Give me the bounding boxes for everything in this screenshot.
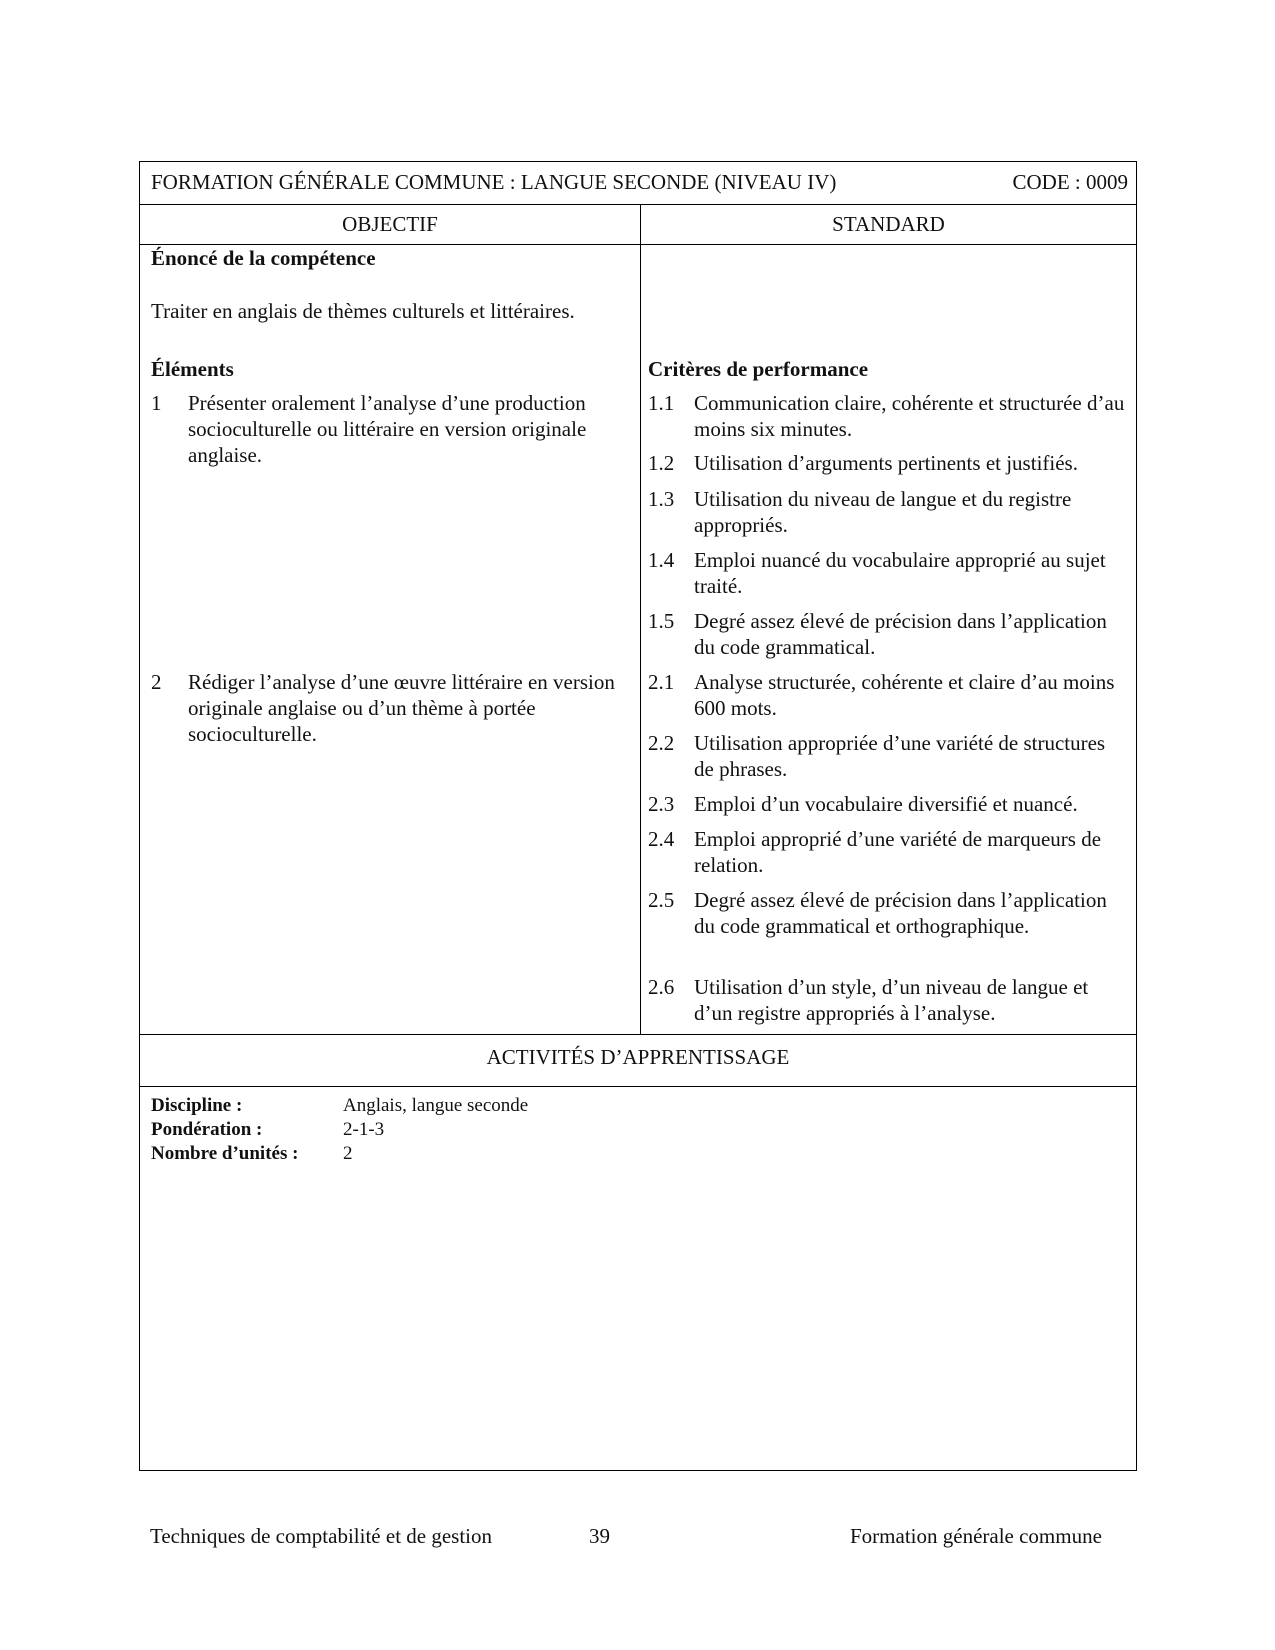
- ponderation-row: Pondération :2-1-3: [151, 1118, 384, 1142]
- element-text: Présenter oralement l’analyse d’une prod…: [188, 390, 631, 468]
- critere-text: Utilisation d’un style, d’un niveau de l…: [694, 974, 1128, 1026]
- critere-number: 2.4: [648, 826, 674, 852]
- critere-item: 1.4 Emploi nuancé du vocabulaire appropr…: [648, 547, 1128, 599]
- critere-text: Utilisation du niveau de langue et du re…: [694, 486, 1128, 538]
- critere-text: Emploi d’un vocabulaire diversifié et nu…: [694, 791, 1128, 817]
- critere-number: 2.2: [648, 730, 674, 756]
- column-header-row: OBJECTIF STANDARD: [140, 205, 1136, 245]
- critere-item: 1.1 Communication claire, cohérente et s…: [648, 390, 1128, 442]
- course-code: CODE : 0009: [1013, 170, 1129, 195]
- enonce-text: Traiter en anglais de thèmes culturels e…: [151, 298, 575, 324]
- activites-heading: ACTIVITÉS D’APPRENTISSAGE: [140, 1045, 1136, 1070]
- ponderation-label: Pondération :: [151, 1118, 343, 1142]
- critere-text: Degré assez élevé de précision dans l’ap…: [694, 608, 1128, 660]
- discipline-row: Discipline :Anglais, langue seconde: [151, 1094, 528, 1118]
- critere-text: Emploi nuancé du vocabulaire approprié a…: [694, 547, 1128, 599]
- critere-text: Degré assez élevé de précision dans l’ap…: [694, 887, 1128, 939]
- critere-item: 2.5 Degré assez élevé de précision dans …: [648, 887, 1128, 939]
- criteres-heading: Critères de performance: [648, 356, 868, 382]
- element-text: Rédiger l’analyse d’une œuvre littéraire…: [188, 669, 631, 747]
- divider: [140, 1086, 1136, 1087]
- critere-number: 1.2: [648, 450, 674, 476]
- critere-item: 1.3 Utilisation du niveau de langue et d…: [648, 486, 1128, 538]
- critere-number: 1.4: [648, 547, 674, 573]
- column-divider: [640, 204, 641, 1035]
- element-item: 1 Présenter oralement l’analyse d’une pr…: [151, 390, 631, 468]
- competency-table: FORMATION GÉNÉRALE COMMUNE : LANGUE SECO…: [139, 161, 1137, 1471]
- critere-number: 2.3: [648, 791, 674, 817]
- enonce-heading: Énoncé de la compétence: [151, 245, 376, 271]
- discipline-value: Anglais, langue seconde: [343, 1095, 528, 1116]
- critere-item: 1.2 Utilisation d’arguments pertinents e…: [648, 450, 1128, 476]
- footer-program: Techniques de comptabilité et de gestion: [150, 1524, 492, 1549]
- element-number: 1: [151, 390, 162, 416]
- elements-heading: Éléments: [151, 356, 234, 382]
- divider: [140, 1034, 1136, 1035]
- critere-number: 1.1: [648, 390, 674, 416]
- critere-text: Emploi approprié d’une variété de marque…: [694, 826, 1128, 878]
- critere-text: Communication claire, cohérente et struc…: [694, 390, 1128, 442]
- critere-number: 1.5: [648, 608, 674, 634]
- unites-label: Nombre d’unités :: [151, 1142, 343, 1166]
- column-header-standard: STANDARD: [640, 212, 1137, 237]
- critere-item: 2.6 Utilisation d’un style, d’un niveau …: [648, 974, 1128, 1026]
- critere-item: 2.2 Utilisation appropriée d’une variété…: [648, 730, 1128, 782]
- critere-item: 1.5 Degré assez élevé de précision dans …: [648, 608, 1128, 660]
- critere-number: 2.5: [648, 887, 674, 913]
- element-number: 2: [151, 669, 162, 695]
- critere-text: Analyse structurée, cohérente et claire …: [694, 669, 1128, 721]
- critere-number: 2.1: [648, 669, 674, 695]
- column-header-objectif: OBJECTIF: [140, 212, 640, 237]
- table-title: FORMATION GÉNÉRALE COMMUNE : LANGUE SECO…: [151, 170, 836, 195]
- ponderation-value: 2-1-3: [343, 1119, 384, 1140]
- element-item: 2 Rédiger l’analyse d’une œuvre littérai…: [151, 669, 631, 747]
- unites-row: Nombre d’unités :2: [151, 1142, 353, 1166]
- discipline-label: Discipline :: [151, 1094, 343, 1118]
- critere-item: 2.4 Emploi approprié d’une variété de ma…: [648, 826, 1128, 878]
- critere-number: 2.6: [648, 974, 674, 1000]
- critere-item: 2.1 Analyse structurée, cohérente et cla…: [648, 669, 1128, 721]
- unites-value: 2: [343, 1143, 353, 1164]
- critere-number: 1.3: [648, 486, 674, 512]
- page-number: 39: [589, 1524, 610, 1549]
- table-title-row: FORMATION GÉNÉRALE COMMUNE : LANGUE SECO…: [140, 162, 1136, 204]
- critere-item: 2.3 Emploi d’un vocabulaire diversifié e…: [648, 791, 1128, 817]
- critere-text: Utilisation appropriée d’une variété de …: [694, 730, 1128, 782]
- footer-section: Formation générale commune: [850, 1524, 1102, 1549]
- critere-text: Utilisation d’arguments pertinents et ju…: [694, 450, 1128, 476]
